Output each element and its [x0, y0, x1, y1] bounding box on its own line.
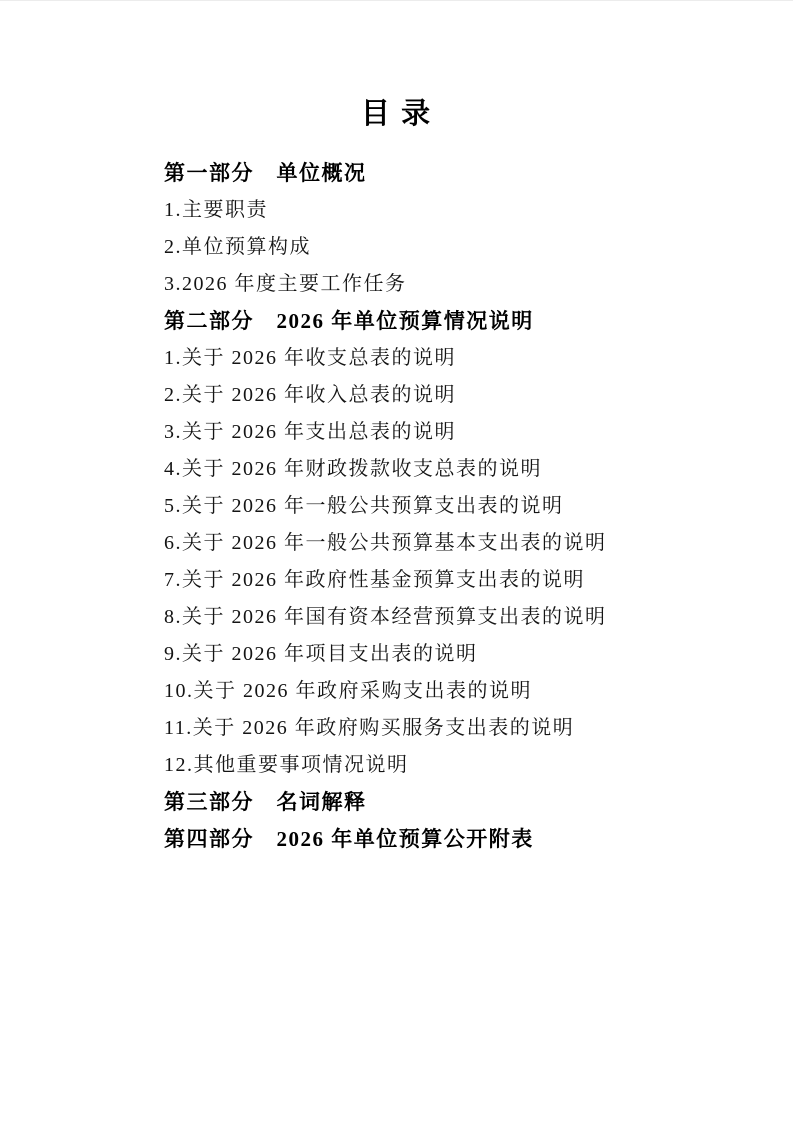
toc-item: 5.关于 2026 年一般公共预算支出表的说明: [164, 488, 703, 525]
toc-item: 2.单位预算构成: [164, 229, 703, 266]
toc-item: 10.关于 2026 年政府采购支出表的说明: [164, 673, 703, 710]
toc-item: 6.关于 2026 年一般公共预算基本支出表的说明: [164, 525, 703, 562]
toc-item: 11.关于 2026 年政府购买服务支出表的说明: [164, 710, 703, 747]
toc-item: 9.关于 2026 年项目支出表的说明: [164, 636, 703, 673]
document-page: 目 录 第一部分 单位概况 1.主要职责 2.单位预算构成 3.2026 年度主…: [0, 0, 793, 1122]
toc-section-heading-part2: 第二部分 2026 年单位预算情况说明: [164, 303, 703, 340]
toc-item: 3.2026 年度主要工作任务: [164, 266, 703, 303]
toc-item: 3.关于 2026 年支出总表的说明: [164, 414, 703, 451]
toc-item: 12.其他重要事项情况说明: [164, 747, 703, 784]
table-of-contents: 第一部分 单位概况 1.主要职责 2.单位预算构成 3.2026 年度主要工作任…: [164, 155, 703, 858]
toc-item: 2.关于 2026 年收入总表的说明: [164, 377, 703, 414]
toc-section-heading-part4: 第四部分 2026 年单位预算公开附表: [164, 821, 703, 858]
toc-item: 8.关于 2026 年国有资本经营预算支出表的说明: [164, 599, 703, 636]
toc-section-heading-part3: 第三部分 名词解释: [164, 784, 703, 821]
toc-item: 4.关于 2026 年财政拨款收支总表的说明: [164, 451, 703, 488]
toc-item: 1.主要职责: [164, 192, 703, 229]
toc-item: 7.关于 2026 年政府性基金预算支出表的说明: [164, 562, 703, 599]
toc-section-heading-part1: 第一部分 单位概况: [164, 155, 703, 192]
page-title: 目 录: [0, 1, 793, 131]
toc-item: 1.关于 2026 年收支总表的说明: [164, 340, 703, 377]
